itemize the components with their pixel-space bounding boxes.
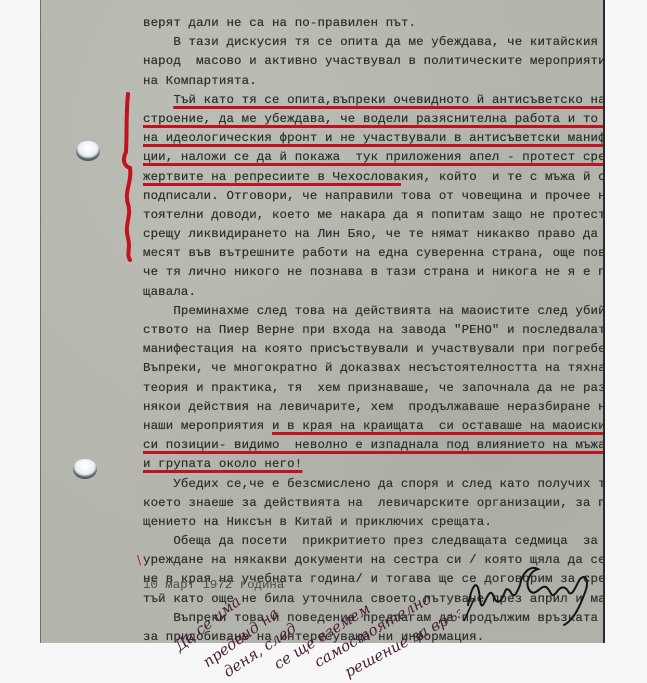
- typed-line: наши мероприятия и в края на краищата си…: [143, 417, 603, 436]
- typed-line: верят дали не са на по-правилен път.: [143, 14, 603, 33]
- typed-line: което знаеше за действията на левичарски…: [143, 494, 603, 513]
- typed-line: че тя лично никого не познава в тази стр…: [143, 263, 603, 282]
- typewritten-body: верят дали не са на по-правилен път. В т…: [143, 14, 603, 647]
- typed-line: теория и практика, тя хем признаваше, че…: [143, 379, 603, 398]
- typed-line: В тази дискусия тя се опита да ме убежда…: [143, 33, 603, 52]
- typed-line: щавала.: [143, 283, 603, 302]
- typed-line: жертвите на репресиите в Чехословакия, к…: [143, 168, 603, 187]
- punch-hole: [73, 459, 97, 479]
- handwritten-resolution: Да се имапредвид наденя, следсе ще вземе…: [170, 575, 460, 683]
- typed-line: строение, да ме убеждава, че водели разя…: [143, 110, 603, 129]
- typed-line: подписали. Отговори, че направили това о…: [143, 187, 603, 206]
- typed-line: щението на Никсън в Китай и приключих ср…: [143, 513, 603, 532]
- red-pencil-tick: \: [137, 553, 141, 567]
- typed-line: на Компартията.: [143, 72, 603, 91]
- red-margin-bracket: [118, 92, 140, 262]
- typed-line: месят във вътрешните работи на една суве…: [143, 244, 603, 263]
- typed-line: ции, наложи се да й покажа тук приложени…: [143, 148, 603, 167]
- typed-line: манифестация на която присъствували и уч…: [143, 340, 603, 359]
- typed-line: тоятелни доводи, което ме накара да я по…: [143, 206, 603, 225]
- typed-line: Тъй като тя се опита,въпреки очевидното …: [143, 91, 603, 110]
- punch-hole: [76, 141, 100, 161]
- typed-line: Преминахме след това на действията на ма…: [143, 302, 603, 321]
- signature: [460, 555, 600, 635]
- typed-line: си позиции- видимо неволно е изпаднала п…: [143, 436, 603, 455]
- typed-line: Въпреки, че многократно й доказвах несъс…: [143, 359, 603, 378]
- typed-line: срещу ликвидирането на Лин Бяо, че те ня…: [143, 225, 603, 244]
- typed-line: на идеологическия фронт и не участвували…: [143, 129, 603, 148]
- typed-line: Убедих се,че е безсмислено да споря и сл…: [143, 475, 603, 494]
- typed-line: и групата около него!: [143, 455, 603, 474]
- typed-line: ството на Пиер Верне при входа на завода…: [143, 321, 603, 340]
- typed-line: народ масово и активно участвувал в поли…: [143, 52, 603, 71]
- typed-line: Обеща да посети прикритието през следващ…: [143, 532, 603, 551]
- typed-line: някои действия на левичарите, хем продъл…: [143, 398, 603, 417]
